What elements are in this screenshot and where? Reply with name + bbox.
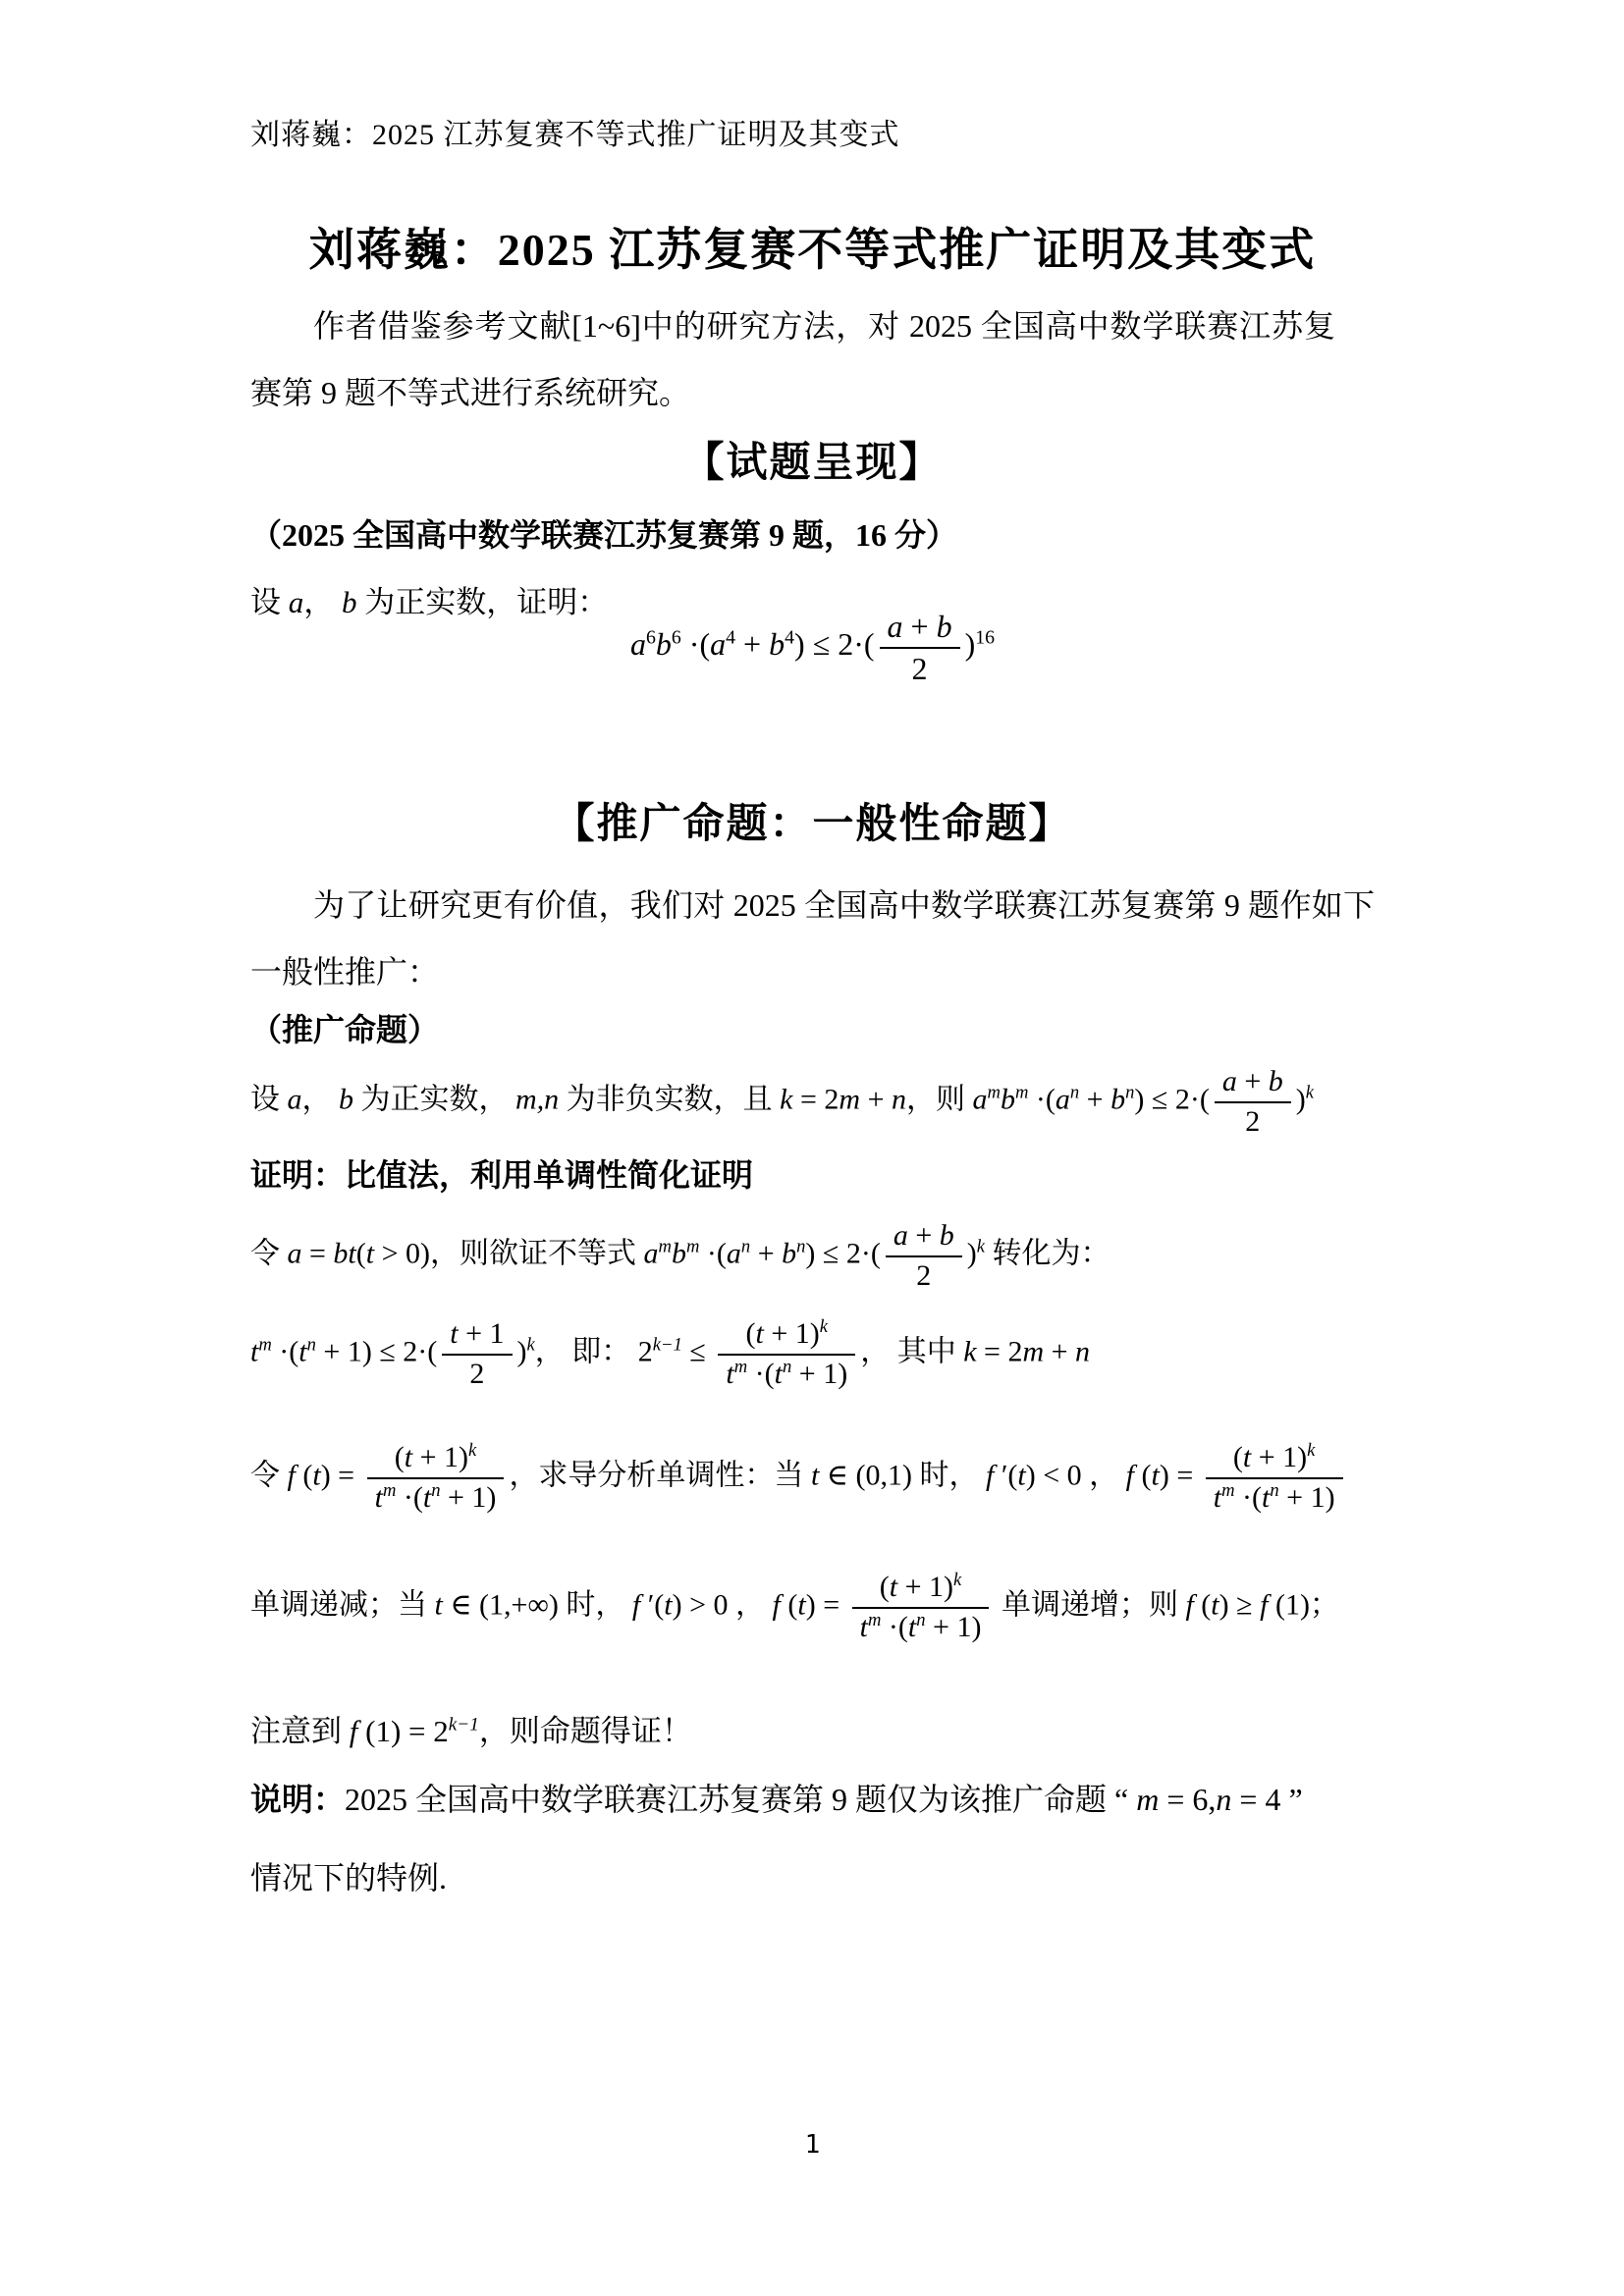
proof-step-monotonicity-decreasing: 令 f (t) = (t + 1)ktm ·(tn + 1)，求导分析单调性：当… bbox=[250, 1441, 1375, 1515]
intro-paragraph: 作者借鉴参考文献[1~6]中的研究方法，对 2025 全国高中数学联赛江苏复赛第… bbox=[250, 293, 1335, 426]
page-number: 1 bbox=[250, 2130, 1375, 2160]
document-page: 刘蒋巍：2025 江苏复赛不等式推广证明及其变式 刘蒋巍：2025 江苏复赛不等… bbox=[0, 0, 1624, 2296]
exam-inequality-formula: a6b6 ·(a4 + b4) ≤ 2·(a + b2)16 bbox=[250, 609, 1375, 687]
proof-conclusion: 注意到 f (1) = 2k−1，则命题得证！ bbox=[250, 1706, 1375, 1750]
exam-source: （2025 全国高中数学联赛江苏复赛第 9 题，16 分） bbox=[250, 510, 1375, 556]
proof-step-reduced-inequality: tm ·(tn + 1) ≤ 2·(t + 12)k， 即： 2k−1 ≤ (t… bbox=[250, 1317, 1375, 1391]
proof-heading: 证明：比值法，利用单调性简化证明 bbox=[250, 1150, 1375, 1196]
proposition-statement: 设 a， b 为正实数， m,n 为非负实数，且 k = 2m + n，则 am… bbox=[250, 1065, 1375, 1139]
page-title: 刘蒋巍：2025 江苏复赛不等式推广证明及其变式 bbox=[250, 214, 1375, 279]
generalization-lead: 为了让研究更有价值，我们对 2025 全国高中数学联赛江苏复赛第 9 题作如下一… bbox=[250, 872, 1375, 1005]
proof-step-substitution: 令 a = bt(t > 0)，则欲证不等式 ambm ·(an + bn) ≤… bbox=[250, 1219, 1375, 1293]
section-heading-generalization: 【推广命题：一般性命题】 bbox=[250, 791, 1375, 850]
proof-step-monotonicity-increasing: 单调递减；当 t ∈ (1,+∞) 时， f ′(t) > 0 ， f (t) … bbox=[250, 1571, 1375, 1644]
running-header: 刘蒋巍：2025 江苏复赛不等式推广证明及其变式 bbox=[250, 110, 1375, 153]
remark-line-2: 情况下的特例. bbox=[250, 1853, 1375, 1898]
remark-line-1: 说明：2025 全国高中数学联赛江苏复赛第 9 题仅为该推广命题 “ m = 6… bbox=[250, 1775, 1375, 1820]
proposition-label: （推广命题） bbox=[250, 1005, 1375, 1050]
section-heading-exam: 【试题呈现】 bbox=[250, 430, 1375, 489]
